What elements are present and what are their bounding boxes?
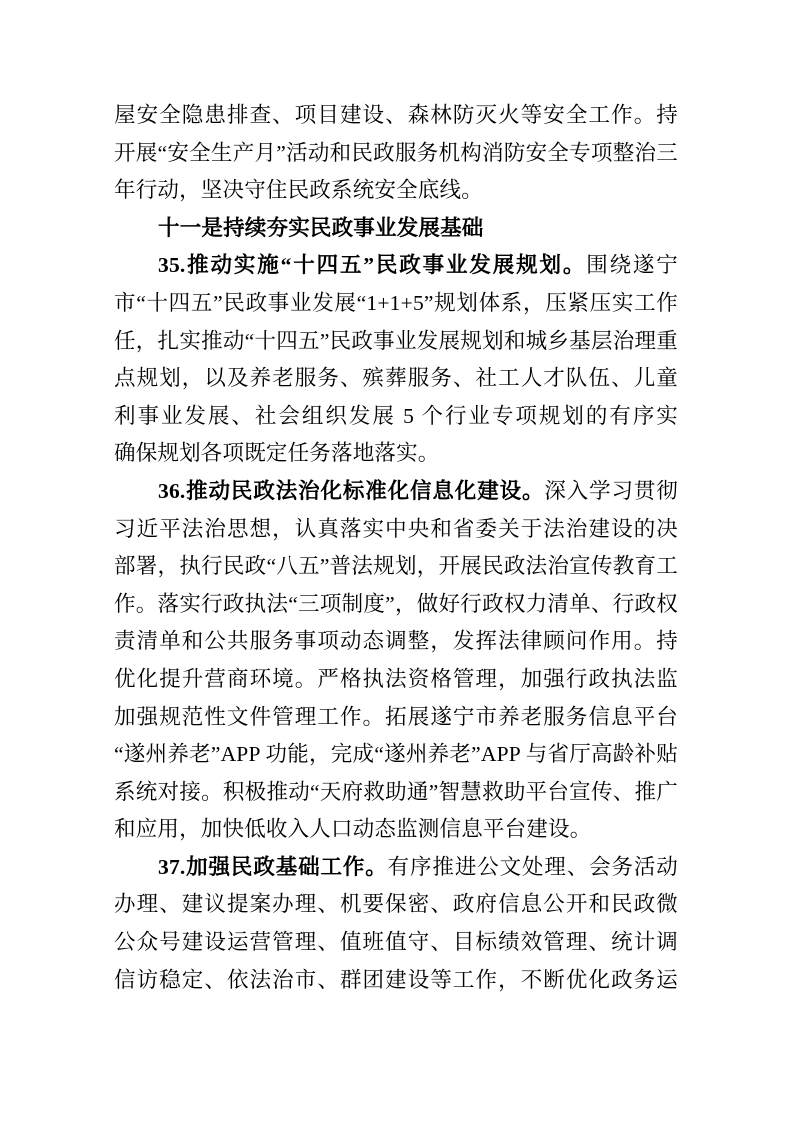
doc-line: 任，扎实推动“十四五”民政事业发展规划和城乡基层治理重: [114, 323, 678, 361]
doc-line: 屋安全隐患排查、项目建设、森林防灭火等安全工作。持续: [114, 97, 678, 135]
paragraph-lead: 36.推动民政法治化标准化信息化建设。: [158, 479, 544, 503]
doc-line-text: 作。落实行政执法“三项制度”，做好行政权力清单、行政权: [114, 592, 678, 616]
doc-line: 37.加强民政基础工作。有序推进公文处理、会务活动: [114, 849, 678, 887]
doc-line: 部署，执行民政“八五”普法规划，开展民政法治宣传教育工: [114, 548, 678, 586]
doc-line: 市“十四五”民政事业发展“1+1+5”规划体系，压紧压实工作责: [114, 285, 678, 323]
doc-line: 年行动，坚决守住民政系统安全底线。: [114, 172, 678, 210]
doc-line: “遂州养老”APP 功能，完成“遂州养老”APP 与省厅高龄补贴: [114, 736, 678, 774]
doc-line-text: 习近平法治思想，认真落实中央和省委关于法治建设的决策: [114, 517, 678, 549]
doc-line-text: “遂州养老”APP 功能，完成“遂州养老”APP 与省厅高龄补贴: [114, 742, 678, 766]
doc-line: 加强规范性文件管理工作。拓展遂宁市养老服务信息平台和: [114, 699, 678, 737]
doc-line: 优化提升营商环境。严格执法资格管理，加强行政执法监督，: [114, 661, 678, 699]
doc-line-text: 开展“安全生产月”活动和民政服务机构消防安全专项整治三: [114, 141, 678, 165]
doc-line-text: 公众号建设运营管理、值班值守、目标绩效管理、统计调查、: [114, 930, 678, 962]
doc-line-text: 责清单和公共服务事项动态调整，发挥法律顾问作用。持续: [114, 629, 678, 661]
doc-line-text: 市“十四五”民政事业发展“1+1+5”规划体系，压紧压实工作责: [114, 291, 678, 323]
doc-line: 36.推动民政法治化标准化信息化建设。深入学习贯彻: [114, 473, 678, 511]
doc-line: 35.推动实施“十四五”民政事业发展规划。围绕遂宁: [114, 247, 678, 285]
doc-line-text: 围绕遂宁: [586, 253, 678, 277]
doc-line-text: 有序推进公文处理、会务活动: [388, 855, 678, 879]
doc-line: 公众号建设运营管理、值班值守、目标绩效管理、统计调查、: [114, 924, 678, 962]
doc-line: 责清单和公共服务事项动态调整，发挥法律顾问作用。持续: [114, 623, 678, 661]
section-heading-text: 十一是持续夯实民政事业发展基础: [158, 216, 484, 240]
doc-line-text: 加强规范性文件管理工作。拓展遂宁市养老服务信息平台和: [114, 705, 678, 737]
doc-line-text: 利事业发展、社会组织发展 5 个行业专项规划的有序实施，: [114, 404, 678, 436]
doc-line-text: 办理、建议提案办理、机要保密、政府信息公开和民政微信: [114, 892, 678, 924]
doc-line: 系统对接。积极推动“天府救助通”智慧救助平台宣传、推广: [114, 774, 678, 812]
doc-line-text: 屋安全隐患排查、项目建设、森林防灭火等安全工作。持续: [114, 103, 678, 135]
document-page: 屋安全隐患排查、项目建设、森林防灭火等安全工作。持续 开展“安全生产月”活动和民…: [0, 0, 794, 1122]
doc-line: 点规划，以及养老服务、殡葬服务、社工人才队伍、儿童福: [114, 360, 678, 398]
doc-line-text: 点规划，以及养老服务、殡葬服务、社工人才队伍、儿童福: [114, 366, 678, 398]
doc-line-text: 信访稳定、依法治市、群团建设等工作，不断优化政务运行。: [114, 968, 678, 1000]
doc-line-text: 年行动，坚决守住民政系统安全底线。: [114, 178, 483, 202]
section-heading: 十一是持续夯实民政事业发展基础: [114, 210, 678, 248]
doc-line-text: 深入学习贯彻: [544, 479, 678, 503]
doc-line-text: 确保规划各项既定任务落地落实。: [114, 441, 440, 465]
doc-line: 作。落实行政执法“三项制度”，做好行政权力清单、行政权: [114, 586, 678, 624]
doc-line: 开展“安全生产月”活动和民政服务机构消防安全专项整治三: [114, 135, 678, 173]
doc-line-text: 优化提升营商环境。严格执法资格管理，加强行政执法监督，: [114, 667, 678, 699]
doc-line: 利事业发展、社会组织发展 5 个行业专项规划的有序实施，: [114, 398, 678, 436]
doc-line: 习近平法治思想，认真落实中央和省委关于法治建设的决策: [114, 511, 678, 549]
doc-line: 信访稳定、依法治市、群团建设等工作，不断优化政务运行。: [114, 962, 678, 1000]
doc-line: 和应用，加快低收入人口动态监测信息平台建设。: [114, 811, 678, 849]
paragraph-lead: 35.推动实施“十四五”民政事业发展规划。: [158, 253, 586, 277]
paragraph-lead: 37.加强民政基础工作。: [158, 855, 388, 879]
doc-line-text: 部署，执行民政“八五”普法规划，开展民政法治宣传教育工: [114, 554, 678, 578]
doc-line-text: 任，扎实推动“十四五”民政事业发展规划和城乡基层治理重: [114, 329, 678, 353]
doc-line-text: 和应用，加快低收入人口动态监测信息平台建设。: [114, 817, 591, 841]
doc-line-text: 系统对接。积极推动“天府救助通”智慧救助平台宣传、推广: [114, 780, 678, 804]
doc-line: 确保规划各项既定任务落地落实。: [114, 435, 678, 473]
doc-line: 办理、建议提案办理、机要保密、政府信息公开和民政微信: [114, 886, 678, 924]
